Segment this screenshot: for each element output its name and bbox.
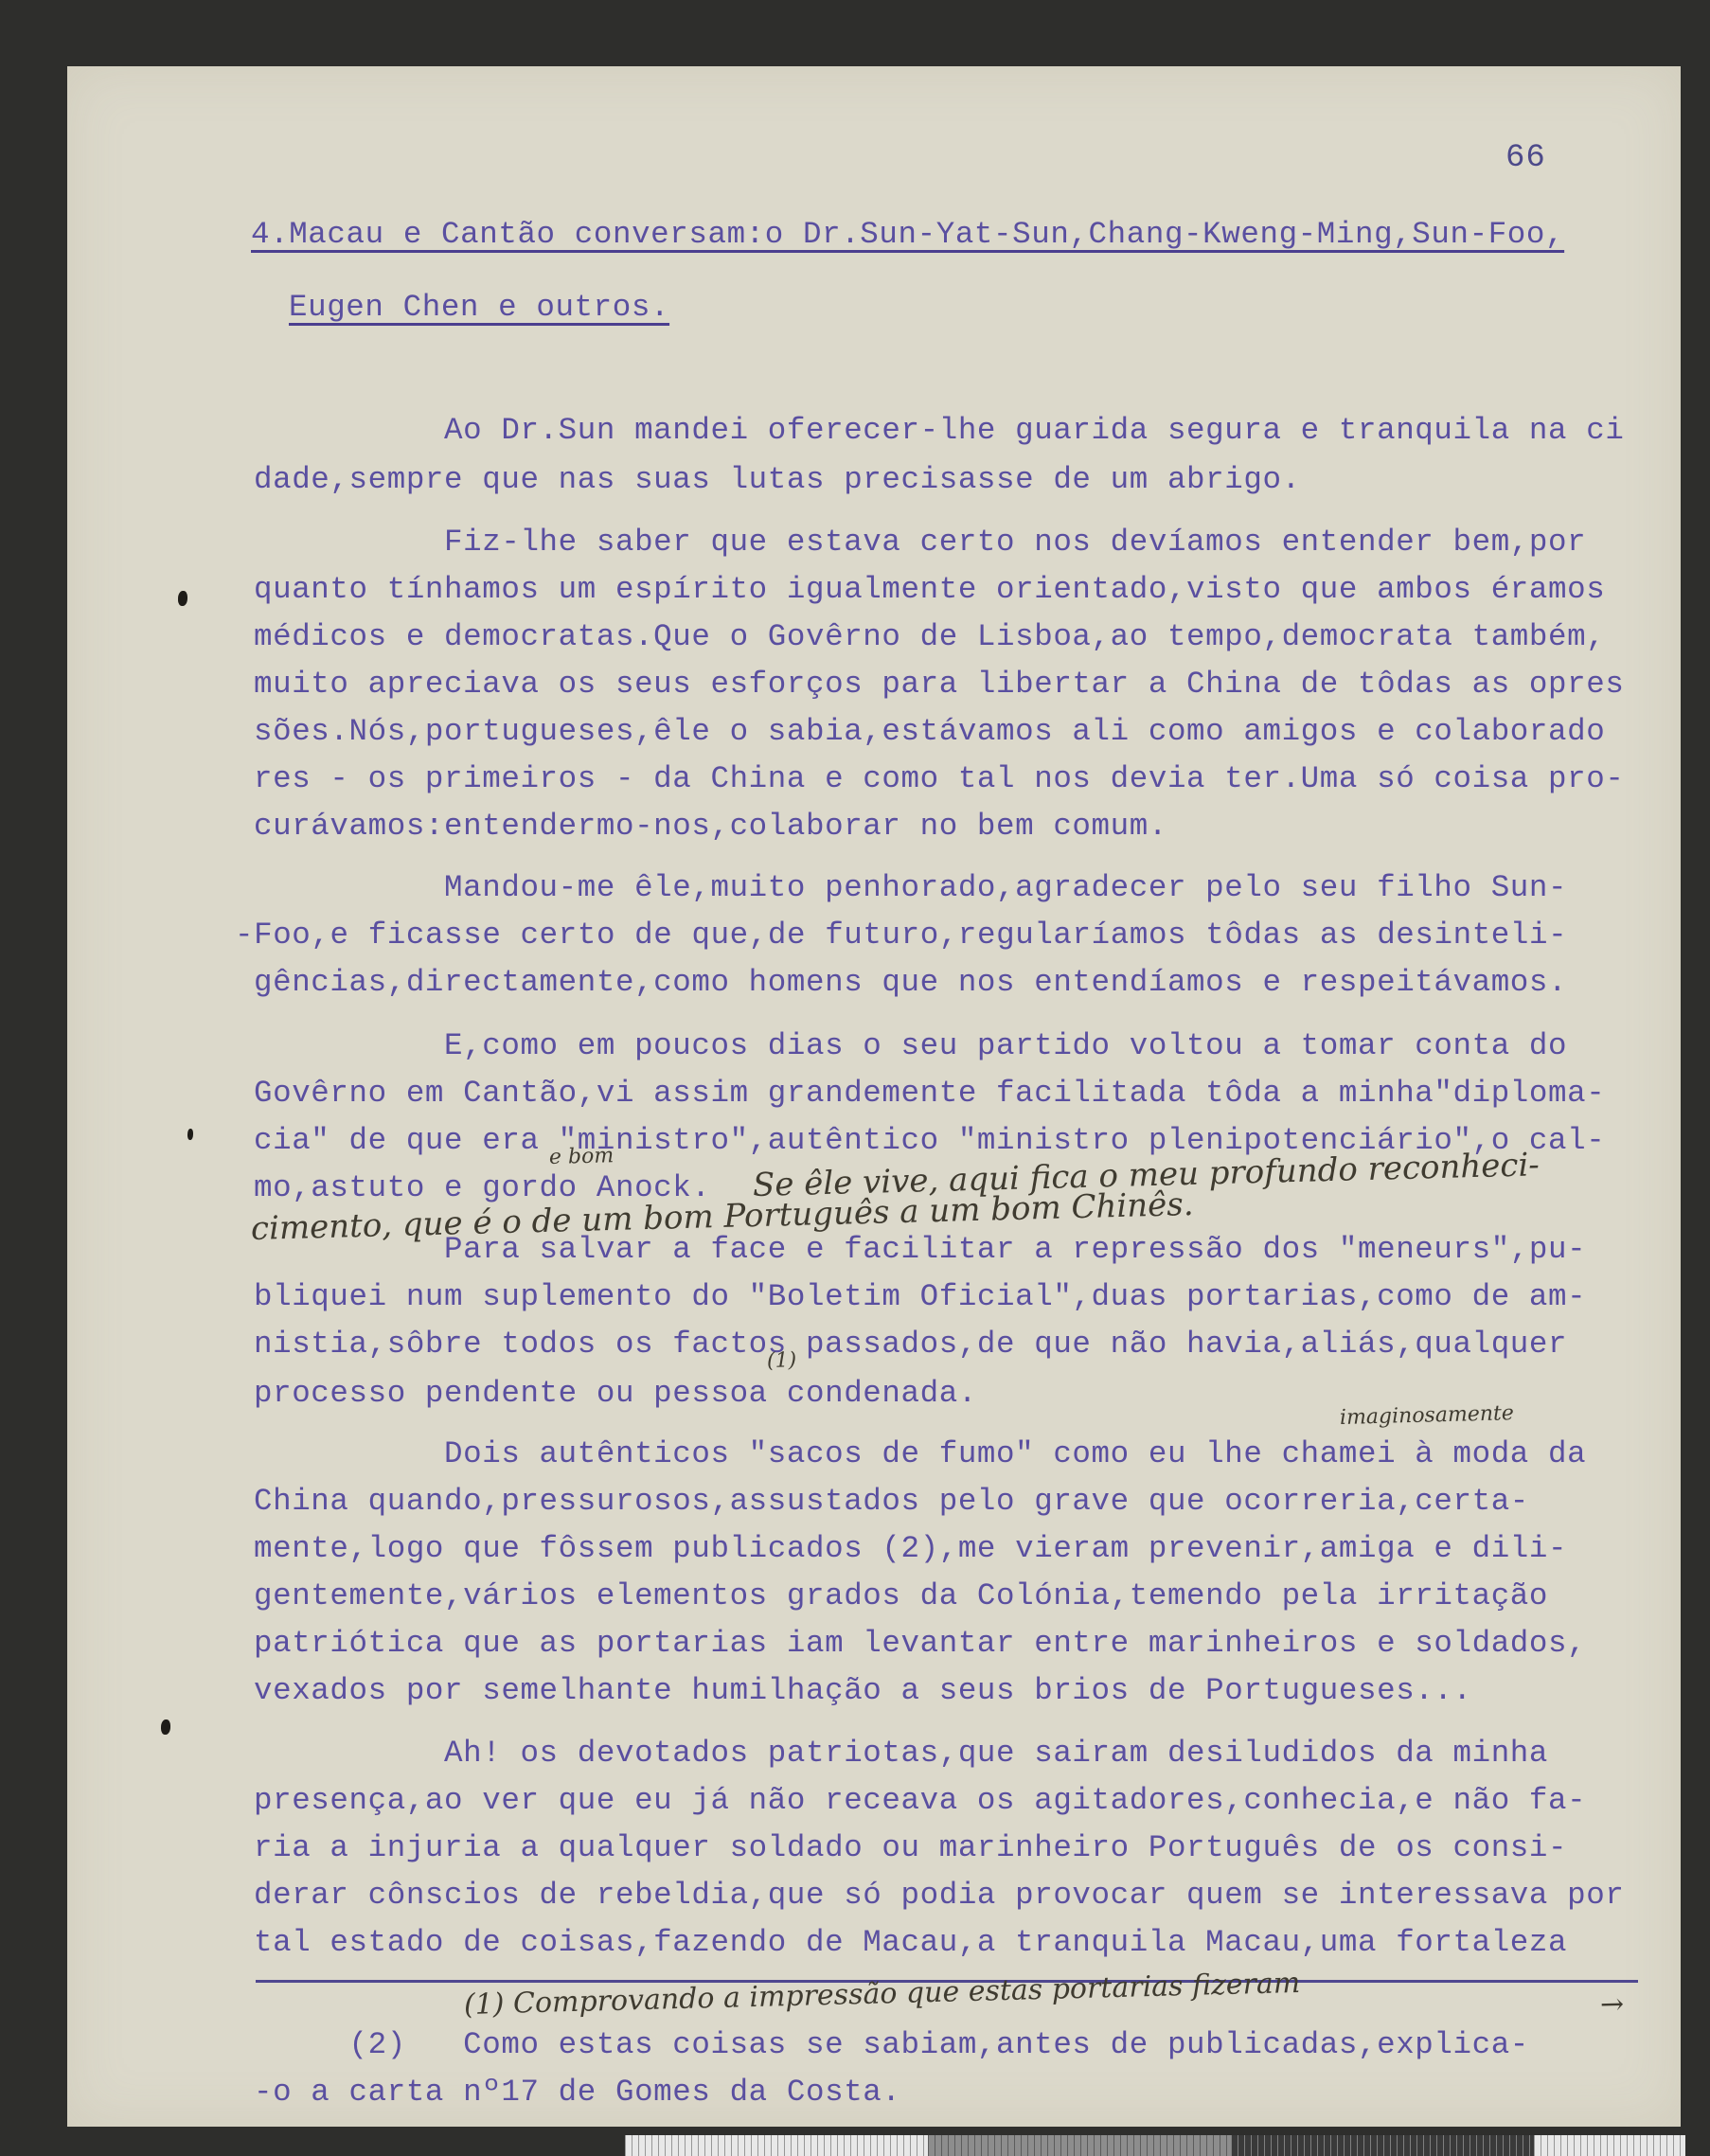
body-line: quanto tínhamos um espírito igualmente o… (254, 571, 1605, 609)
margin-ink-mark (178, 591, 187, 606)
footnote-line: (2) Como estas coisas se sabiam,antes de… (254, 2026, 1529, 2064)
body-line: mente,logo que fôssem publicados (2),me … (254, 1530, 1567, 1568)
body-line: Dois autênticos "sacos de fumo" como eu … (254, 1435, 1586, 1473)
body-line: muito apreciava os seus esforços para li… (254, 666, 1624, 704)
body-line: res - os primeiros - da China e como tal… (254, 760, 1624, 798)
body-line: bliquei num suplemento do "Boletim Ofici… (254, 1278, 1586, 1316)
body-line: sões.Nós,portugueses,êle o sabia,estávam… (254, 713, 1605, 751)
scale-segment (625, 2135, 928, 2156)
body-line: Fiz-lhe saber que estava certo nos devía… (254, 524, 1586, 561)
body-line: dade,sempre que nas suas lutas precisass… (254, 461, 1301, 499)
body-line: Ao Dr.Sun mandei oferecer-lhe guarida se… (254, 412, 1624, 450)
chapter-heading-line-1: 4.Macau e Cantão conversam:o Dr.Sun-Yat-… (251, 216, 1564, 254)
body-line: processo pendente ou pessoa condenada. (254, 1375, 977, 1413)
body-line: vexados por semelhante humilhação a seus… (254, 1672, 1472, 1710)
handwritten-insert-imaginosamente: imaginosamente (1340, 1401, 1514, 1430)
margin-ink-mark (161, 1719, 170, 1735)
body-line: tal estado de coisas,fazendo de Macau,a … (254, 1924, 1567, 1962)
body-line: derar cônscios de rebeldia,que só podia … (254, 1877, 1624, 1915)
body-line: nistia,sôbre todos os factos passados,de… (254, 1326, 1567, 1363)
page-number: 66 (1505, 140, 1546, 176)
body-line: -Foo,e ficasse certo de que,de futuro,re… (235, 917, 1567, 954)
body-line: ria a injuria a qualquer soldado ou mari… (254, 1829, 1567, 1867)
body-line: gências,directamente,como homens que nos… (254, 964, 1567, 1002)
body-line: patriótica que as portarias iam levantar… (254, 1625, 1586, 1663)
body-line: China quando,pressurosos,assustados pelo… (254, 1483, 1529, 1521)
chapter-heading-line-2: Eugen Chen e outros. (289, 289, 669, 327)
body-line: médicos e democratas.Que o Govêrno de Li… (254, 618, 1605, 656)
margin-ink-mark (187, 1129, 193, 1140)
arrow-right-icon: → (1600, 1987, 1625, 2022)
body-line: presença,ao ver que eu já não receava os… (254, 1782, 1586, 1820)
body-line: curávamos:entendermo-nos,colaborar no be… (254, 808, 1167, 846)
scale-segment (1231, 2135, 1534, 2156)
body-line: Ah! os devotados patriotas,que sairam de… (254, 1735, 1548, 1773)
footnote-marker: (1) (767, 1348, 797, 1373)
scale-segment (928, 2135, 1231, 2156)
body-line: Mandou-me êle,muito penhorado,agradecer … (254, 869, 1567, 907)
footnote-line: -o a carta nº17 de Gomes da Costa. (254, 2074, 901, 2111)
body-line: E,como em poucos dias o seu partido volt… (254, 1027, 1567, 1065)
scale-bar (625, 2135, 1685, 2156)
handwritten-insert-e-bom: e bom (549, 1144, 615, 1169)
body-line: Govêrno em Cantão,vi assim grandemente f… (254, 1075, 1605, 1113)
body-line: gentemente,vários elementos grados da Co… (254, 1577, 1548, 1615)
scale-segment (1534, 2135, 1685, 2156)
